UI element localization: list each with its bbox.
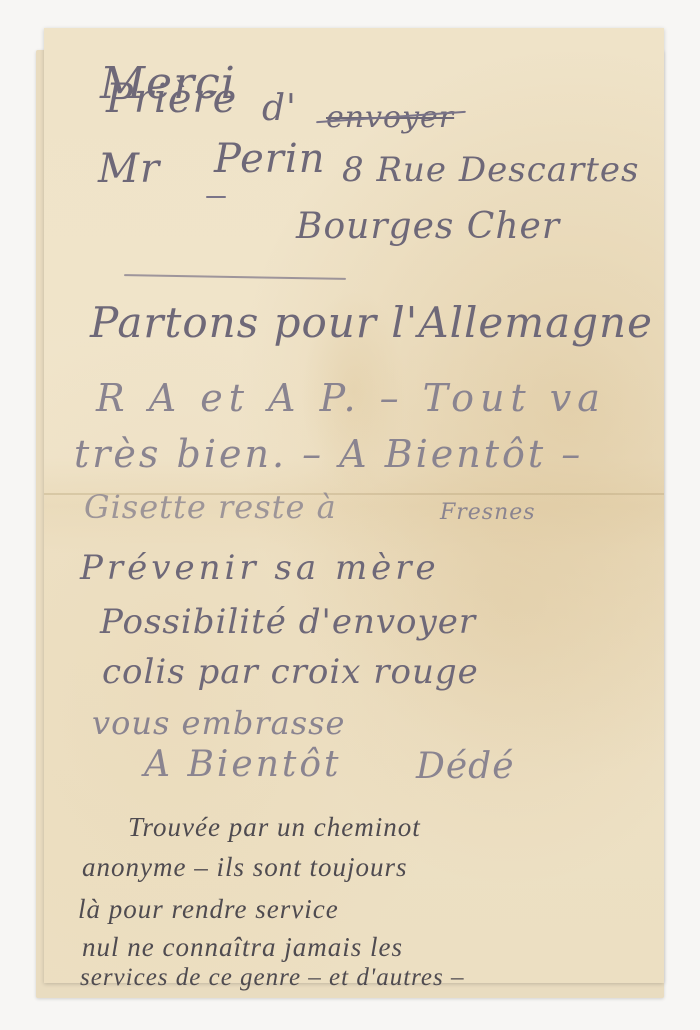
separator-stroke (124, 274, 346, 280)
recipient-name: Perin (214, 136, 325, 182)
line-prevenir: Prévenir sa mère (80, 548, 440, 588)
name-underline (206, 196, 226, 198)
line-tout-va: R A et A P. – Tout va (96, 376, 606, 420)
line-colis: colis par croix rouge (102, 652, 479, 692)
line-embrasse: vous embrasse (92, 704, 345, 742)
note-line-1: Trouvée par un cheminot (128, 812, 421, 843)
line-tres-bien: très bien. – A Bientôt – (74, 432, 583, 476)
signature-dede: Dédé (416, 746, 515, 787)
line-partons: Partons pour l'Allemagne (90, 298, 653, 347)
street-address: 8 Rue Descartes (342, 150, 640, 190)
note-line-2: anonyme – ils sont toujours (82, 852, 408, 883)
handwritten-letter: Merci Prière d' envoyer Mr Perin 8 Rue D… (44, 28, 664, 983)
place-fresnes: Fresnes (440, 500, 536, 525)
line-reste: Gisette reste à (84, 488, 337, 526)
word-priere: Prière (106, 76, 237, 122)
note-line-4: nul ne connaîtra jamais les (82, 932, 403, 963)
closing-a-bientot: A Bientôt (144, 744, 342, 785)
note-line-3: là pour rendre service (78, 894, 339, 925)
title-mr: Mr (98, 146, 160, 192)
word-d: d' (262, 88, 297, 129)
line-possibilite: Possibilité d'envoyer (100, 602, 476, 642)
city-line: Bourges Cher (296, 206, 560, 247)
note-line-5: services de ce genre – et d'autres – (80, 964, 465, 992)
